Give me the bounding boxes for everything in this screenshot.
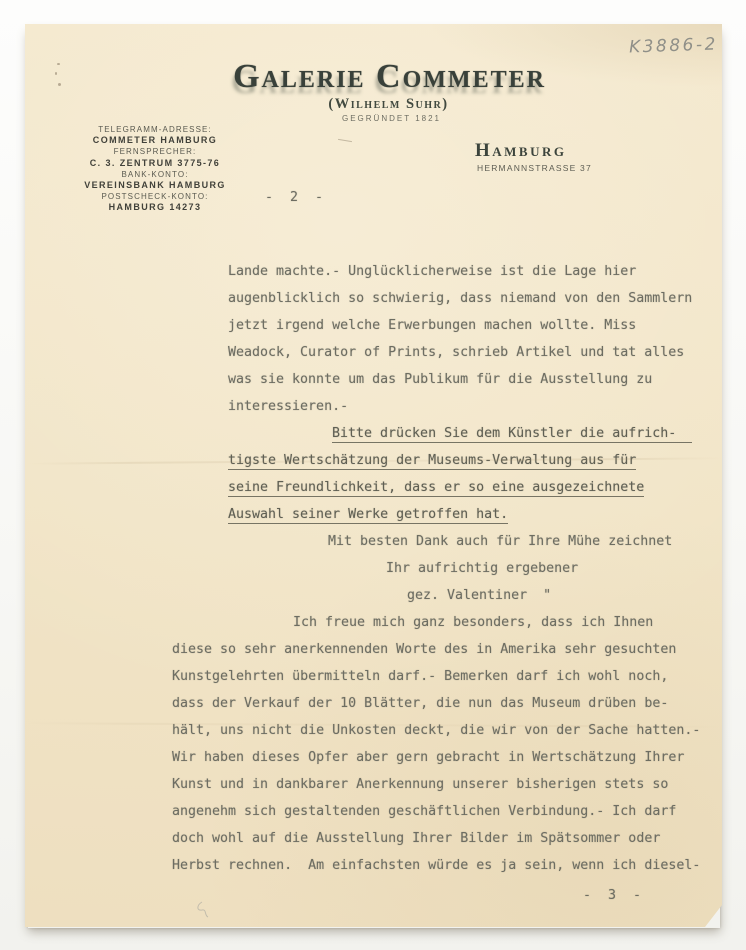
letter-line: was sie konnte um das Publikum für die A… xyxy=(25,366,722,393)
letter-line: hält, uns nicht die Unkosten deckt, die … xyxy=(25,717,722,744)
letter-line-text: Auswahl seiner Werke getroffen hat. xyxy=(228,507,508,524)
letterhead-founded: GEGRÜNDET 1821 xyxy=(25,114,722,123)
contact-label-postal-account: POSTSCHECK-KONTO: xyxy=(77,191,233,202)
letter-line-text: tigste Wertschätzung der Museums-Verwalt… xyxy=(228,453,636,470)
letterhead-street: HERMANNSTRASSE 37 xyxy=(477,163,592,173)
contact-value-postal-account: HAMBURG 14273 xyxy=(77,202,233,213)
letter-line-text: augenblicklich so schwierig, dass nieman… xyxy=(228,291,692,306)
letter-line-text: Bitte drücken Sie dem Künstler die aufri… xyxy=(332,426,692,443)
letterhead-title: Galerie Commeter xyxy=(25,58,722,96)
scanned-letter-page: K3886-2 Galerie Commeter (Wilhelm Suhr) … xyxy=(25,24,722,927)
letterhead-contact-block: TELEGRAMM-ADRESSE: COMMETER HAMBURG FERN… xyxy=(77,124,233,214)
letter-line-signature: gez. Valentiner " xyxy=(25,582,722,609)
letter-line-text: Kunstgelehrten übermitteln darf.- Bemerk… xyxy=(172,669,668,684)
contact-value-phone: C. 3. ZENTRUM 3775-76 xyxy=(77,158,233,169)
letter-line-underlined: seine Freundlichkeit, dass er so eine au… xyxy=(25,474,722,501)
letter-line: angenehm sich gestaltenden geschäftliche… xyxy=(25,798,722,825)
letter-line-text: hält, uns nicht die Unkosten deckt, die … xyxy=(172,723,700,738)
letter-line: Lande machte.- Unglücklicherweise ist di… xyxy=(25,258,722,285)
pencil-squiggle-mark xyxy=(195,900,211,920)
page-number-bottom: - 3 - xyxy=(583,888,643,903)
contact-label-bank: BANK-KONTO: xyxy=(77,169,233,180)
letter-line: dass der Verkauf der 10 Blätter, die nun… xyxy=(25,690,722,717)
letter-line-text: Mit besten Dank auch für Ihre Mühe zeich… xyxy=(328,534,672,549)
letter-line-text: Herbst rechnen. Am einfachsten würde es … xyxy=(172,858,700,873)
letter-line: Herbst rechnen. Am einfachsten würde es … xyxy=(25,852,722,879)
paper-scratch-mark xyxy=(338,139,352,142)
contact-label-phone: FERNSPRECHER: xyxy=(77,146,233,157)
archival-code-annotation: K3886-2 xyxy=(629,34,719,57)
contact-value-telegram: COMMETER HAMBURG xyxy=(77,135,233,146)
letter-line: Mit besten Dank auch für Ihre Mühe zeich… xyxy=(25,528,722,555)
letter-line-text: Ich freue mich ganz besonders, dass ich … xyxy=(293,615,653,630)
letter-line-text: doch wohl auf die Ausstellung Ihrer Bild… xyxy=(172,831,660,846)
letter-line-text: interessieren.- xyxy=(228,399,348,414)
letter-line-text: was sie konnte um das Publikum für die A… xyxy=(228,372,652,387)
letter-line-text: Weadock, Curator of Prints, schrieb Arti… xyxy=(228,345,684,360)
letter-line: augenblicklich so schwierig, dass nieman… xyxy=(25,285,722,312)
letter-line: Wir haben dieses Opfer aber gern gebrach… xyxy=(25,744,722,771)
letter-line-text: seine Freundlichkeit, dass er so eine au… xyxy=(228,480,644,497)
letter-line: Ich freue mich ganz besonders, dass ich … xyxy=(25,609,722,636)
contact-value-bank: VEREINSBANK HAMBURG xyxy=(77,180,233,191)
letter-line: Kunstgelehrten übermitteln darf.- Bemerk… xyxy=(25,663,722,690)
paper-speck xyxy=(58,83,61,86)
letter-body: Lande machte.- Unglücklicherweise ist di… xyxy=(25,258,722,879)
letter-line-text: dass der Verkauf der 10 Blätter, die nun… xyxy=(172,696,668,711)
letter-line: jetzt irgend welche Erwerbungen machen w… xyxy=(25,312,722,339)
letter-line-text: Wir haben dieses Opfer aber gern gebrach… xyxy=(172,750,684,765)
letter-line-text: diese so sehr anerkennenden Worte des in… xyxy=(172,642,676,657)
page-number-top: - 2 - xyxy=(265,190,325,205)
letter-line-text: gez. Valentiner " xyxy=(407,588,551,603)
letter-line-text: Kunst und in dankbarer Anerkennung unser… xyxy=(172,777,668,792)
letter-line: interessieren.- xyxy=(25,393,722,420)
letter-line: Ihr aufrichtig ergebener xyxy=(25,555,722,582)
letter-line: diese so sehr anerkennenden Worte des in… xyxy=(25,636,722,663)
letter-line-underlined: Bitte drücken Sie dem Künstler die aufri… xyxy=(25,420,722,447)
letter-line: doch wohl auf die Ausstellung Ihrer Bild… xyxy=(25,825,722,852)
letter-line: Kunst und in dankbarer Anerkennung unser… xyxy=(25,771,722,798)
letterhead-subtitle: (Wilhelm Suhr) xyxy=(25,96,722,113)
letter-line-text: angenehm sich gestaltenden geschäftliche… xyxy=(172,804,676,819)
letter-line: Weadock, Curator of Prints, schrieb Arti… xyxy=(25,339,722,366)
paper-speck xyxy=(57,63,60,65)
letter-line-text: jetzt irgend welche Erwerbungen machen w… xyxy=(228,318,636,333)
letter-line-underlined: tigste Wertschätzung der Museums-Verwalt… xyxy=(25,447,722,474)
letter-line-underlined: Auswahl seiner Werke getroffen hat. xyxy=(25,501,722,528)
letter-line-text: Ihr aufrichtig ergebener xyxy=(386,561,578,576)
paper-speck xyxy=(55,72,57,75)
letterhead-city: Hamburg xyxy=(475,140,567,162)
letter-line-text: Lande machte.- Unglücklicherweise ist di… xyxy=(228,264,636,279)
contact-label-telegram: TELEGRAMM-ADRESSE: xyxy=(77,124,233,135)
